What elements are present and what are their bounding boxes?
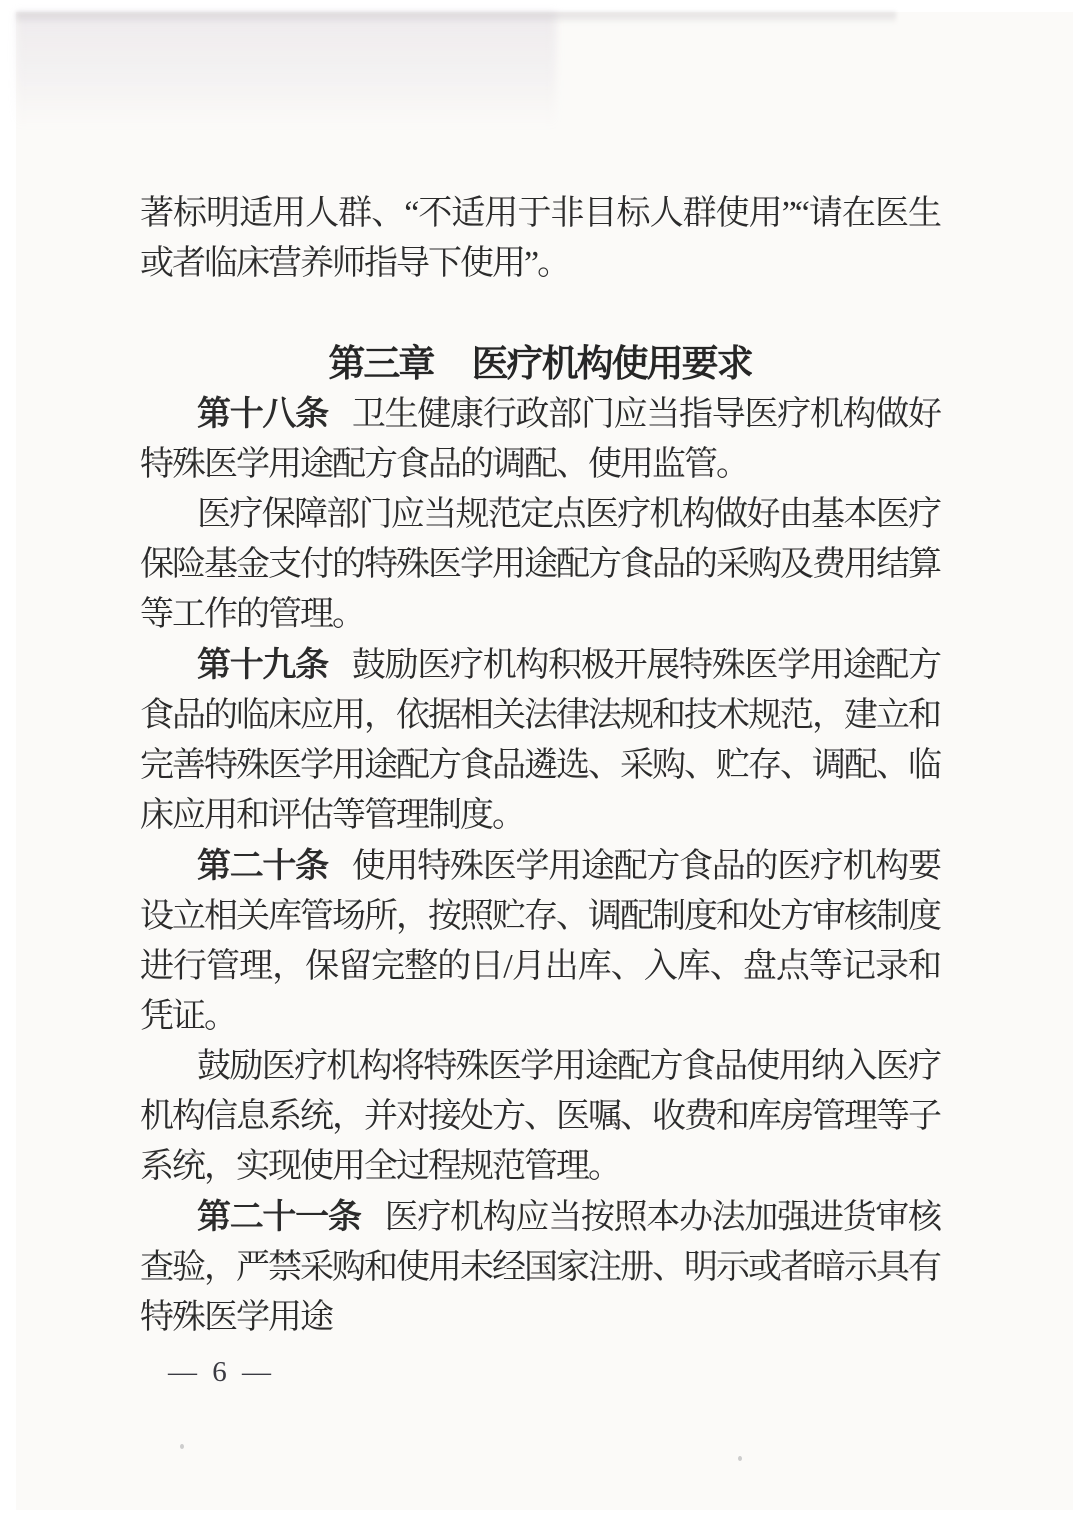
insurance-paragraph: 医疗保障部门应当规范定点医疗机构做好由基本医疗保险基金支付的特殊医学用途配方食品… — [140, 490, 940, 640]
scan-tint-topedge — [16, 12, 896, 24]
article-18-lead: 第十八条 — [197, 395, 328, 433]
scan-speck — [180, 1444, 184, 1449]
chapter-title: 医疗机构使用要求 — [472, 343, 752, 384]
article-20-lead: 第二十条 — [197, 847, 328, 885]
article-19-paragraph: 第十九条鼓励医疗机构积极开展特殊医学用途配方食品的临床应用，依据相关法律法规和技… — [140, 640, 940, 841]
article-19-lead: 第十九条 — [197, 646, 328, 684]
scan-speck — [738, 1456, 742, 1461]
article-21-lead: 第二十一条 — [197, 1198, 361, 1236]
article-21-paragraph: 第二十一条医疗机构应当按照本办法加强进货审核查验，严禁采购和使用未经国家注册、明… — [140, 1192, 940, 1343]
chapter-number: 第三章 — [328, 343, 433, 384]
info-system-paragraph: 鼓励医疗机构将特殊医学用途配方食品使用纳入医疗机构信息系统，并对接处方、医嘱、收… — [140, 1042, 940, 1192]
page-number: — 6 — — [168, 1356, 275, 1389]
intro-paragraph: 著标明适用人群、“不适用于非目标人群使用”“请在医生或者临床营养师指导下使用”。 — [140, 189, 940, 289]
article-18-paragraph: 第十八条卫生健康行政部门应当指导医疗机构做好特殊医学用途配方食品的调配、使用监管… — [140, 389, 940, 490]
document-page: 著标明适用人群、“不适用于非目标人群使用”“请在医生或者临床营养师指导下使用”。… — [0, 0, 1080, 1527]
chapter-heading: 第三章 医疗机构使用要求 — [140, 339, 940, 389]
article-20-paragraph: 第二十条使用特殊医学用途配方食品的医疗机构要设立相关库管场所，按照贮存、调配制度… — [140, 841, 940, 1042]
scan-tint-topleft — [16, 12, 556, 127]
document-content: 著标明适用人群、“不适用于非目标人群使用”“请在医生或者临床营养师指导下使用”。… — [140, 189, 940, 1343]
